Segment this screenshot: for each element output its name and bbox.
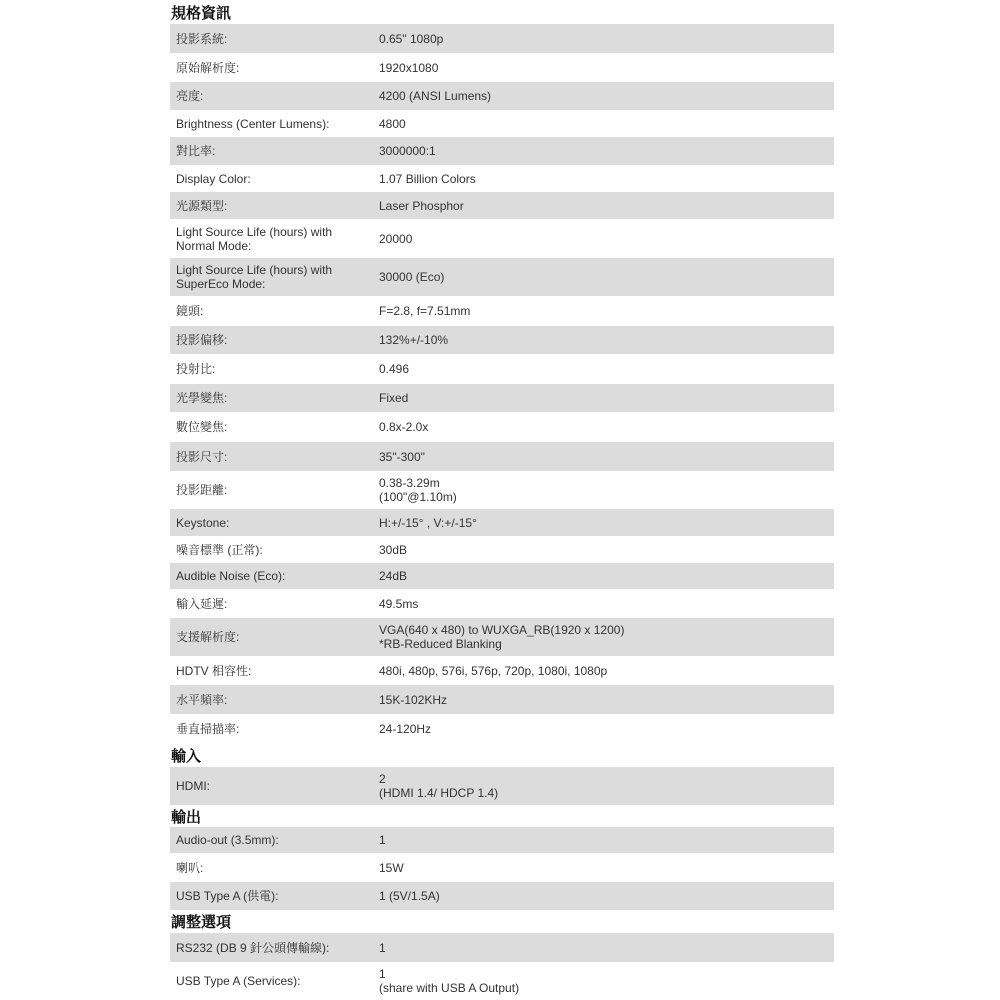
spec-row: 投射比:0.496 [170,354,834,384]
section-title-specs: 規格資訊 [170,0,834,24]
spec-row: 水平頻率:15K-102KHz [170,685,834,714]
spec-label: 原始解析度: [170,61,379,75]
spec-label: USB Type A (供電): [170,889,379,903]
spec-label: 投影尺寸: [170,450,379,464]
spec-row: Keystone:H:+/-15° , V:+/-15° [170,509,834,536]
spec-label: 垂直掃描率: [170,722,379,736]
spec-value: Laser Phosphor [379,199,834,213]
spec-value: 49.5ms [379,597,834,611]
spec-row: 投影尺寸:35"-300" [170,442,834,471]
spec-label: 對比率: [170,144,379,158]
spec-row: USB Type A (Services):1 (share with USB … [170,962,834,1000]
spec-label: 鏡頭: [170,304,379,318]
spec-value: 24-120Hz [379,722,834,736]
spec-row: 亮度:4200 (ANSI Lumens) [170,82,834,110]
section-title-input: 輸入 [170,743,834,767]
spec-value: 132%+/-10% [379,333,834,347]
spec-row: 喇叭:15W [170,853,834,882]
spec-sheet: 規格資訊 投影系統:0.65" 1080p 原始解析度:1920x1080 亮度… [170,0,834,1000]
spec-label: Audio-out (3.5mm): [170,833,379,847]
section-title-control: 調整選項 [170,910,834,933]
spec-label: 投影系統: [170,32,379,46]
spec-value: 480i, 480p, 576i, 576p, 720p, 1080i, 108… [379,664,834,678]
section-title-output: 輸出 [170,805,834,827]
spec-label: Light Source Life (hours) with Normal Mo… [170,225,379,253]
spec-label: HDMI: [170,779,379,793]
spec-label: HDTV 相容性: [170,664,379,678]
spec-value: 3000000:1 [379,144,834,158]
spec-value: 1 [379,833,834,847]
spec-value: 24dB [379,569,834,583]
spec-value: 2 (HDMI 1.4/ HDCP 1.4) [379,772,834,800]
spec-value: 4800 [379,117,834,131]
spec-value: VGA(640 x 480) to WUXGA_RB(1920 x 1200) … [379,623,834,651]
spec-row: Light Source Life (hours) with Normal Mo… [170,219,834,258]
spec-label: 光源類型: [170,199,379,213]
spec-row: 鏡頭:F=2.8, f=7.51mm [170,296,834,326]
spec-value: 0.8x-2.0x [379,420,834,434]
spec-label: 喇叭: [170,861,379,875]
spec-row: 光學變焦:Fixed [170,384,834,412]
spec-row: 對比率:3000000:1 [170,137,834,165]
spec-row: 投影系統:0.65" 1080p [170,24,834,53]
spec-label: 噪音標準 (正常): [170,543,379,557]
spec-value: 1 (share with USB A Output) [379,967,834,995]
spec-label: Display Color: [170,172,379,186]
spec-value: 15K-102KHz [379,693,834,707]
spec-value: 30dB [379,543,834,557]
spec-label: Light Source Life (hours) with SuperEco … [170,263,379,291]
spec-value: 1920x1080 [379,61,834,75]
spec-label: 亮度: [170,89,379,103]
spec-value: 1 [379,941,834,955]
spec-label: 投影偏移: [170,333,379,347]
spec-label: Brightness (Center Lumens): [170,117,379,131]
spec-label: 光學變焦: [170,391,379,405]
spec-row: RS232 (DB 9 針公頭傳輸線):1 [170,933,834,962]
spec-value: 1 (5V/1.5A) [379,889,834,903]
spec-value: 0.65" 1080p [379,32,834,46]
spec-row: HDTV 相容性:480i, 480p, 576i, 576p, 720p, 1… [170,656,834,685]
spec-row: 輸入延遲:49.5ms [170,589,834,618]
spec-label: 輸入延遲: [170,597,379,611]
spec-row: USB Type A (供電):1 (5V/1.5A) [170,882,834,910]
spec-row: 投影偏移:132%+/-10% [170,326,834,354]
spec-value: 4200 (ANSI Lumens) [379,89,834,103]
spec-label: 支援解析度: [170,630,379,644]
spec-label: 數位變焦: [170,420,379,434]
spec-row: 投影距離:0.38-3.29m (100"@1.10m) [170,471,834,509]
spec-row: Light Source Life (hours) with SuperEco … [170,258,834,296]
spec-row: HDMI:2 (HDMI 1.4/ HDCP 1.4) [170,767,834,805]
spec-row: 垂直掃描率:24-120Hz [170,714,834,743]
spec-label: 水平頻率: [170,693,379,707]
spec-label: 投影距離: [170,483,379,497]
spec-label: RS232 (DB 9 針公頭傳輸線): [170,941,379,955]
spec-value: 1.07 Billion Colors [379,172,834,186]
spec-value: H:+/-15° , V:+/-15° [379,516,834,530]
spec-row: 原始解析度:1920x1080 [170,53,834,82]
spec-row: Display Color:1.07 Billion Colors [170,165,834,192]
spec-row: 噪音標準 (正常):30dB [170,536,834,563]
spec-value: 15W [379,861,834,875]
spec-row: 支援解析度:VGA(640 x 480) to WUXGA_RB(1920 x … [170,618,834,656]
spec-value: 30000 (Eco) [379,270,834,284]
spec-value: 35"-300" [379,450,834,464]
spec-value: F=2.8, f=7.51mm [379,304,834,318]
spec-value: Fixed [379,391,834,405]
spec-row: Brightness (Center Lumens):4800 [170,110,834,137]
spec-label: Audible Noise (Eco): [170,569,379,583]
spec-label: Keystone: [170,516,379,530]
spec-label: USB Type A (Services): [170,974,379,988]
spec-value: 0.38-3.29m (100"@1.10m) [379,476,834,504]
spec-row: Audio-out (3.5mm):1 [170,827,834,853]
spec-value: 0.496 [379,362,834,376]
spec-row: Audible Noise (Eco):24dB [170,563,834,589]
spec-row: 光源類型:Laser Phosphor [170,192,834,219]
spec-row: 數位變焦:0.8x-2.0x [170,412,834,442]
spec-value: 20000 [379,232,834,246]
spec-label: 投射比: [170,362,379,376]
